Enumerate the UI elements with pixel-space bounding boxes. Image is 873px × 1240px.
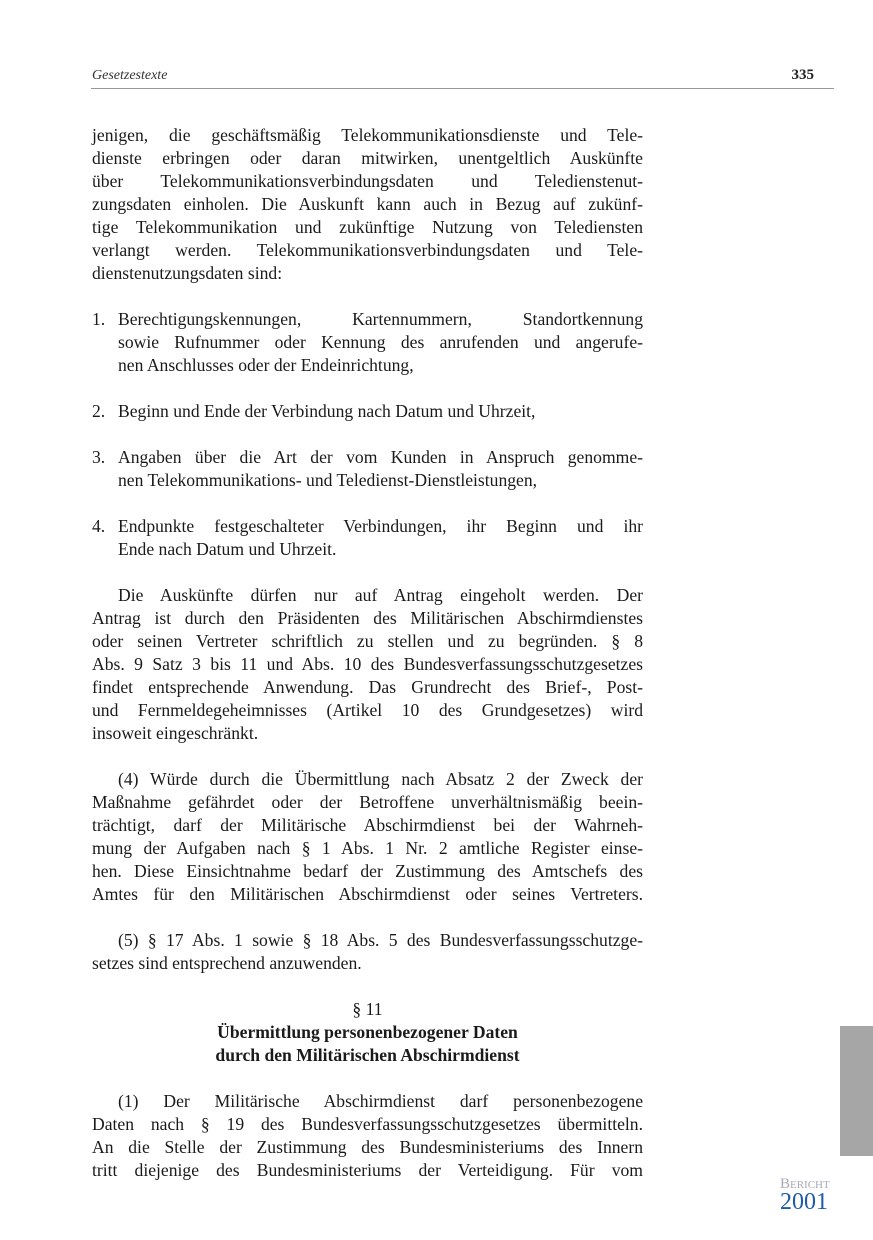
text-line: dienste erbringen oder daran mitwirken, … xyxy=(92,147,643,170)
list-item: 2. Beginn und Ende der Verbindung nach D… xyxy=(92,400,643,423)
text-line: zungsdaten einholen. Die Auskunft kann a… xyxy=(92,193,643,216)
text-line: Daten nach § 19 des Bundesverfassungssch… xyxy=(92,1113,643,1136)
text-line: hen. Diese Einsichtnahme bedarf der Zust… xyxy=(92,860,643,883)
text-line: (4) Würde durch die Übermittlung nach Ab… xyxy=(92,768,643,791)
text-line: Beginn und Ende der Verbindung nach Datu… xyxy=(118,400,643,423)
text-line: Die Auskünfte dürfen nur auf Antrag eing… xyxy=(92,584,643,607)
text-line: Maßnahme gefährdet oder der Betroffene u… xyxy=(92,791,643,814)
list-item: 1. Berechtigungskennungen, Kartennummern… xyxy=(92,308,643,377)
list-number: 3. xyxy=(92,446,105,469)
page-body: jenigen, die geschäftsmäßig Telekommunik… xyxy=(92,124,643,1182)
running-title: Gesetzestexte xyxy=(92,68,167,84)
text-line: Amtes für den Militärischen Abschirmdien… xyxy=(92,883,643,906)
text-line: mung der Aufgaben nach § 1 Abs. 1 Nr. 2 … xyxy=(92,837,643,860)
auskuenfte-paragraph: Die Auskünfte dürfen nur auf Antrag eing… xyxy=(92,584,643,745)
text-line: nen Anschlusses oder der Endeinrichtung, xyxy=(118,354,643,377)
text-line: jenigen, die geschäftsmäßig Telekommunik… xyxy=(92,124,643,147)
text-line: insoweit eingeschränkt. xyxy=(92,722,643,745)
text-line: sowie Rufnummer oder Kennung des anrufen… xyxy=(118,331,643,354)
text-line: tritt diejenige des Bundesministeriums d… xyxy=(92,1159,643,1182)
text-line: trächtigt, darf der Militärische Abschir… xyxy=(92,814,643,837)
text-line: und Fernmeldegeheimnisses (Artikel 10 de… xyxy=(92,699,643,722)
text-line: oder seinen Vertreter schriftlich zu ste… xyxy=(92,630,643,653)
paragraph-4: (4) Würde durch die Übermittlung nach Ab… xyxy=(92,768,643,906)
report-logo: Bericht 2001 xyxy=(780,1177,850,1213)
text-line: setzes sind entsprechend anzuwenden. xyxy=(92,952,643,975)
text-line: Abs. 9 Satz 3 bis 11 und Abs. 10 des Bun… xyxy=(92,653,643,676)
thumb-index-tab xyxy=(840,1026,873,1156)
text-line: Antrag ist durch den Präsidenten des Mil… xyxy=(92,607,643,630)
list-item: 4. Endpunkte festgeschalteter Verbindung… xyxy=(92,515,643,561)
section-heading: § 11 Übermittlung personenbezogener Date… xyxy=(92,998,643,1067)
text-line: verlangt werden. Telekommunikationsverbi… xyxy=(92,239,643,262)
text-line: An die Stelle der Zustimmung des Bundesm… xyxy=(92,1136,643,1159)
text-line: findet entsprechende Anwendung. Das Grun… xyxy=(92,676,643,699)
text-line: Ende nach Datum und Uhrzeit. xyxy=(118,538,643,561)
list-number: 4. xyxy=(92,515,105,538)
text-line: über Telekommunikationsverbindungsdaten … xyxy=(92,170,643,193)
list-item: 3. Angaben über die Art der vom Kunden i… xyxy=(92,446,643,492)
text-line: (5) § 17 Abs. 1 sowie § 18 Abs. 5 des Bu… xyxy=(92,929,643,952)
section-title: durch den Militärischen Abschirmdienst xyxy=(92,1044,643,1067)
logo-year: 2001 xyxy=(780,1191,850,1213)
list-number: 2. xyxy=(92,400,105,423)
text-line: nen Telekommunikations- und Teledienst-D… xyxy=(118,469,643,492)
running-header: Gesetzestexte 335 xyxy=(91,66,834,89)
paragraph-5: (5) § 17 Abs. 1 sowie § 18 Abs. 5 des Bu… xyxy=(92,929,643,975)
page-number: 335 xyxy=(792,67,815,84)
text-line: Endpunkte festgeschalteter Verbindungen,… xyxy=(118,515,643,538)
intro-paragraph: jenigen, die geschäftsmäßig Telekommunik… xyxy=(92,124,643,285)
section-title: Übermittlung personenbezogener Daten xyxy=(92,1021,643,1044)
list-number: 1. xyxy=(92,308,105,331)
section-number: § 11 xyxy=(92,998,643,1021)
text-line: Berechtigungskennungen, Kartennummern, S… xyxy=(118,308,643,331)
section-11-paragraph-1: (1) Der Militärische Abschirmdienst darf… xyxy=(92,1090,643,1182)
text-line: (1) Der Militärische Abschirmdienst darf… xyxy=(92,1090,643,1113)
text-line: dienstenutzungsdaten sind: xyxy=(92,262,643,285)
text-line: tige Telekommunikation und zukünftige Nu… xyxy=(92,216,643,239)
text-line: Angaben über die Art der vom Kunden in A… xyxy=(118,446,643,469)
